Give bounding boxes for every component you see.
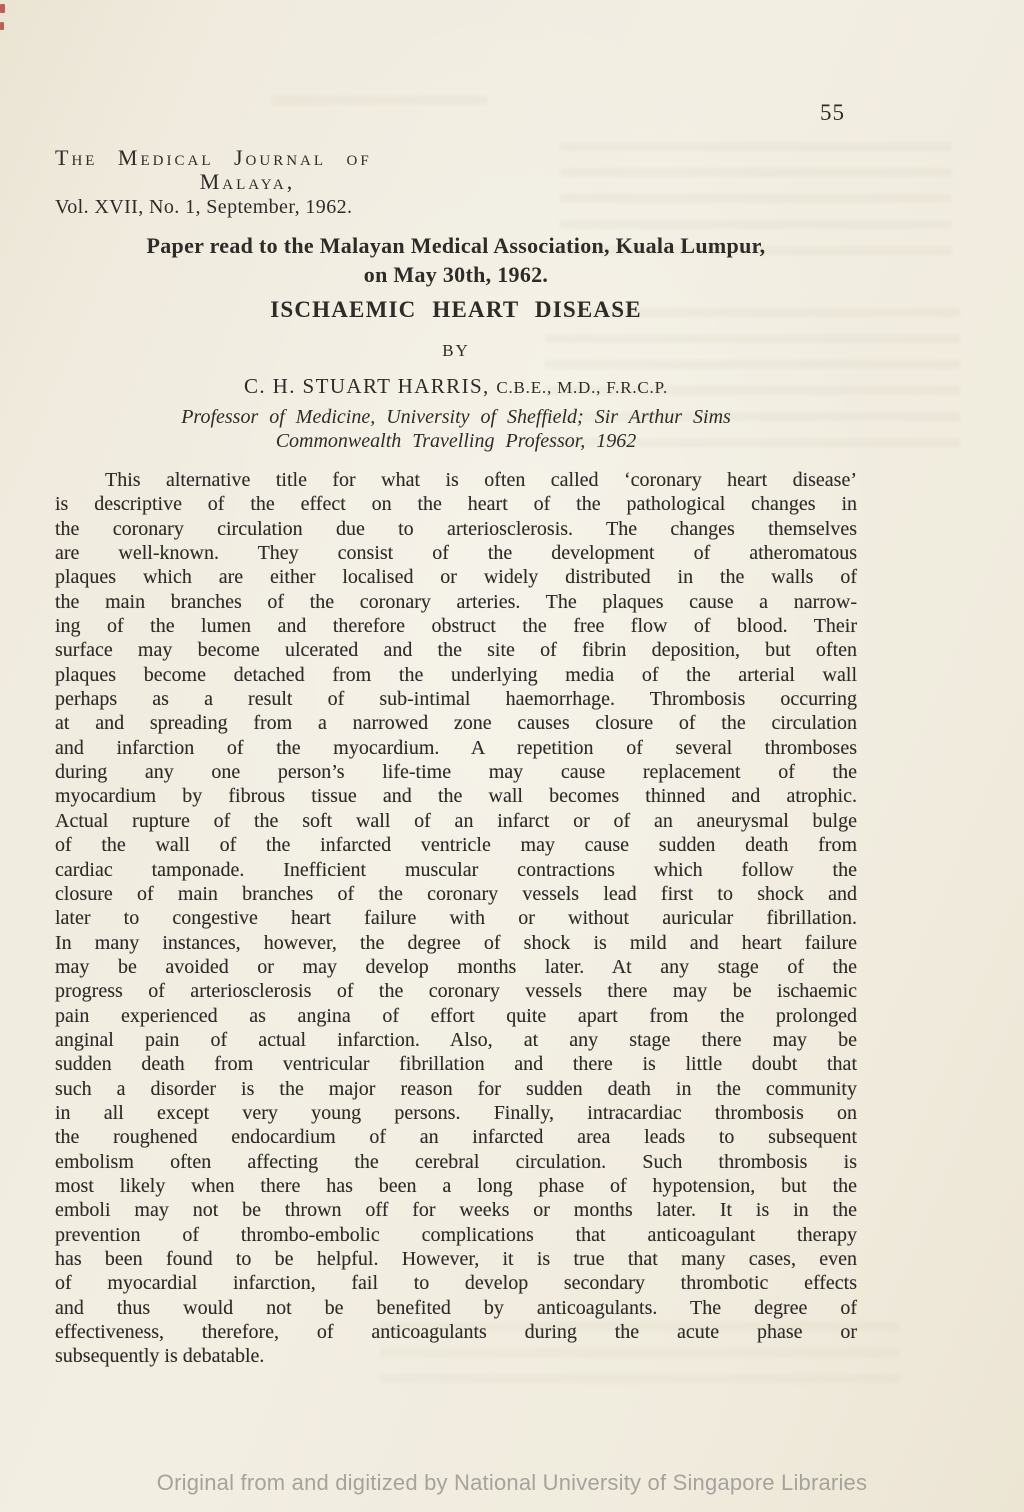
body-line: and infarction of the myocardium. A repe… — [55, 736, 857, 760]
body-line: has been found to be helpful. However, i… — [55, 1247, 857, 1271]
body-line: plaques which are either localised or wi… — [55, 565, 857, 589]
body-line: perhaps as a result of sub-intimal haemo… — [55, 687, 857, 711]
article-title: ISCHAEMIC HEART DISEASE — [55, 297, 857, 323]
journal-name-line2: Malaya, — [55, 170, 385, 194]
page-number: 55 — [820, 100, 845, 126]
author-line: C. H. STUART HARRIS, C.B.E., M.D., F.R.C… — [55, 374, 857, 399]
body-line: is descriptive of the effect on the hear… — [55, 492, 857, 516]
body-line: progress of arteriosclerosis of the coro… — [55, 979, 857, 1003]
affiliation-line1: Professor of Medicine, University of She… — [55, 406, 857, 430]
journal-name-line1: The Medical Journal of — [55, 146, 455, 170]
body-line: of the wall of the infarcted ventricle m… — [55, 833, 857, 857]
body-line: and thus would not be benefited by antic… — [55, 1296, 857, 1320]
body-line: pain experienced as angina of effort qui… — [55, 1004, 857, 1028]
body-paragraph: This alternative title for what is often… — [55, 468, 857, 1369]
body-line: the main branches of the coronary arteri… — [55, 590, 857, 614]
body-line: most likely when there has been a long p… — [55, 1174, 857, 1198]
affiliation-line2: Commonwealth Travelling Professor, 1962 — [55, 430, 857, 454]
scan-artifact-mark — [0, 4, 5, 13]
body-line: effectiveness, therefore, of anticoagula… — [55, 1320, 857, 1344]
author-affiliation: Professor of Medicine, University of She… — [55, 406, 857, 453]
body-line: such a disorder is the major reason for … — [55, 1077, 857, 1101]
body-line: cardiac tamponade. Inefficient muscular … — [55, 858, 857, 882]
body-line: may be avoided or may develop months lat… — [55, 955, 857, 979]
body-line: plaques become detached from the underly… — [55, 663, 857, 687]
body-line: ing of the lumen and therefore obstruct … — [55, 614, 857, 638]
body-line: prevention of thrombo-embolic complicati… — [55, 1223, 857, 1247]
announcement-line2: on May 30th, 1962. — [55, 260, 857, 289]
bleed-through-artifact — [272, 96, 487, 122]
body-line: emboli may not be thrown off for weeks o… — [55, 1198, 857, 1222]
body-line: of myocardial infarction, fail to develo… — [55, 1271, 857, 1295]
scanned-page: 55 The Medical Journal of Malaya, Vol. X… — [0, 0, 1024, 1512]
paper-announcement: Paper read to the Malayan Medical Associ… — [55, 231, 857, 289]
journal-header: The Medical Journal of Malaya, Vol. XVII… — [55, 146, 455, 219]
body-line: closure of main branches of the coronary… — [55, 882, 857, 906]
body-line: later to congestive heart failure with o… — [55, 906, 857, 930]
body-line: the roughened endocardium of an infarcte… — [55, 1125, 857, 1149]
body-line: subsequently is debatable. — [55, 1344, 857, 1368]
digitization-credit: Original from and digitized by National … — [0, 1470, 1024, 1496]
body-line: Actual rupture of the soft wall of an in… — [55, 809, 857, 833]
announcement-line1: Paper read to the Malayan Medical Associ… — [55, 231, 857, 260]
body-line: In many instances, however, the degree o… — [55, 931, 857, 955]
body-line: at and spreading from a narrowed zone ca… — [55, 711, 857, 735]
scan-artifact-mark — [0, 22, 4, 30]
author-honors: C.B.E., M.D., F.R.C.P. — [496, 378, 668, 397]
body-line: embolism often affecting the cerebral ci… — [55, 1150, 857, 1174]
body-line: in all except very young persons. Finall… — [55, 1101, 857, 1125]
body-line: myocardium by fibrous tissue and the wal… — [55, 784, 857, 808]
author-name: C. H. STUART HARRIS, — [244, 374, 490, 398]
body-line: anginal pain of actual infarction. Also,… — [55, 1028, 857, 1052]
body-line: during any one person’s life-time may ca… — [55, 760, 857, 784]
body-line: the coronary circulation due to arterios… — [55, 517, 857, 541]
byline-label: BY — [55, 341, 857, 361]
body-line: are well-known. They consist of the deve… — [55, 541, 857, 565]
journal-issue: Vol. XVII, No. 1, September, 1962. — [55, 196, 455, 219]
body-line: This alternative title for what is often… — [55, 468, 857, 492]
body-line: surface may become ulcerated and the sit… — [55, 638, 857, 662]
body-line: sudden death from ventricular fibrillati… — [55, 1052, 857, 1076]
